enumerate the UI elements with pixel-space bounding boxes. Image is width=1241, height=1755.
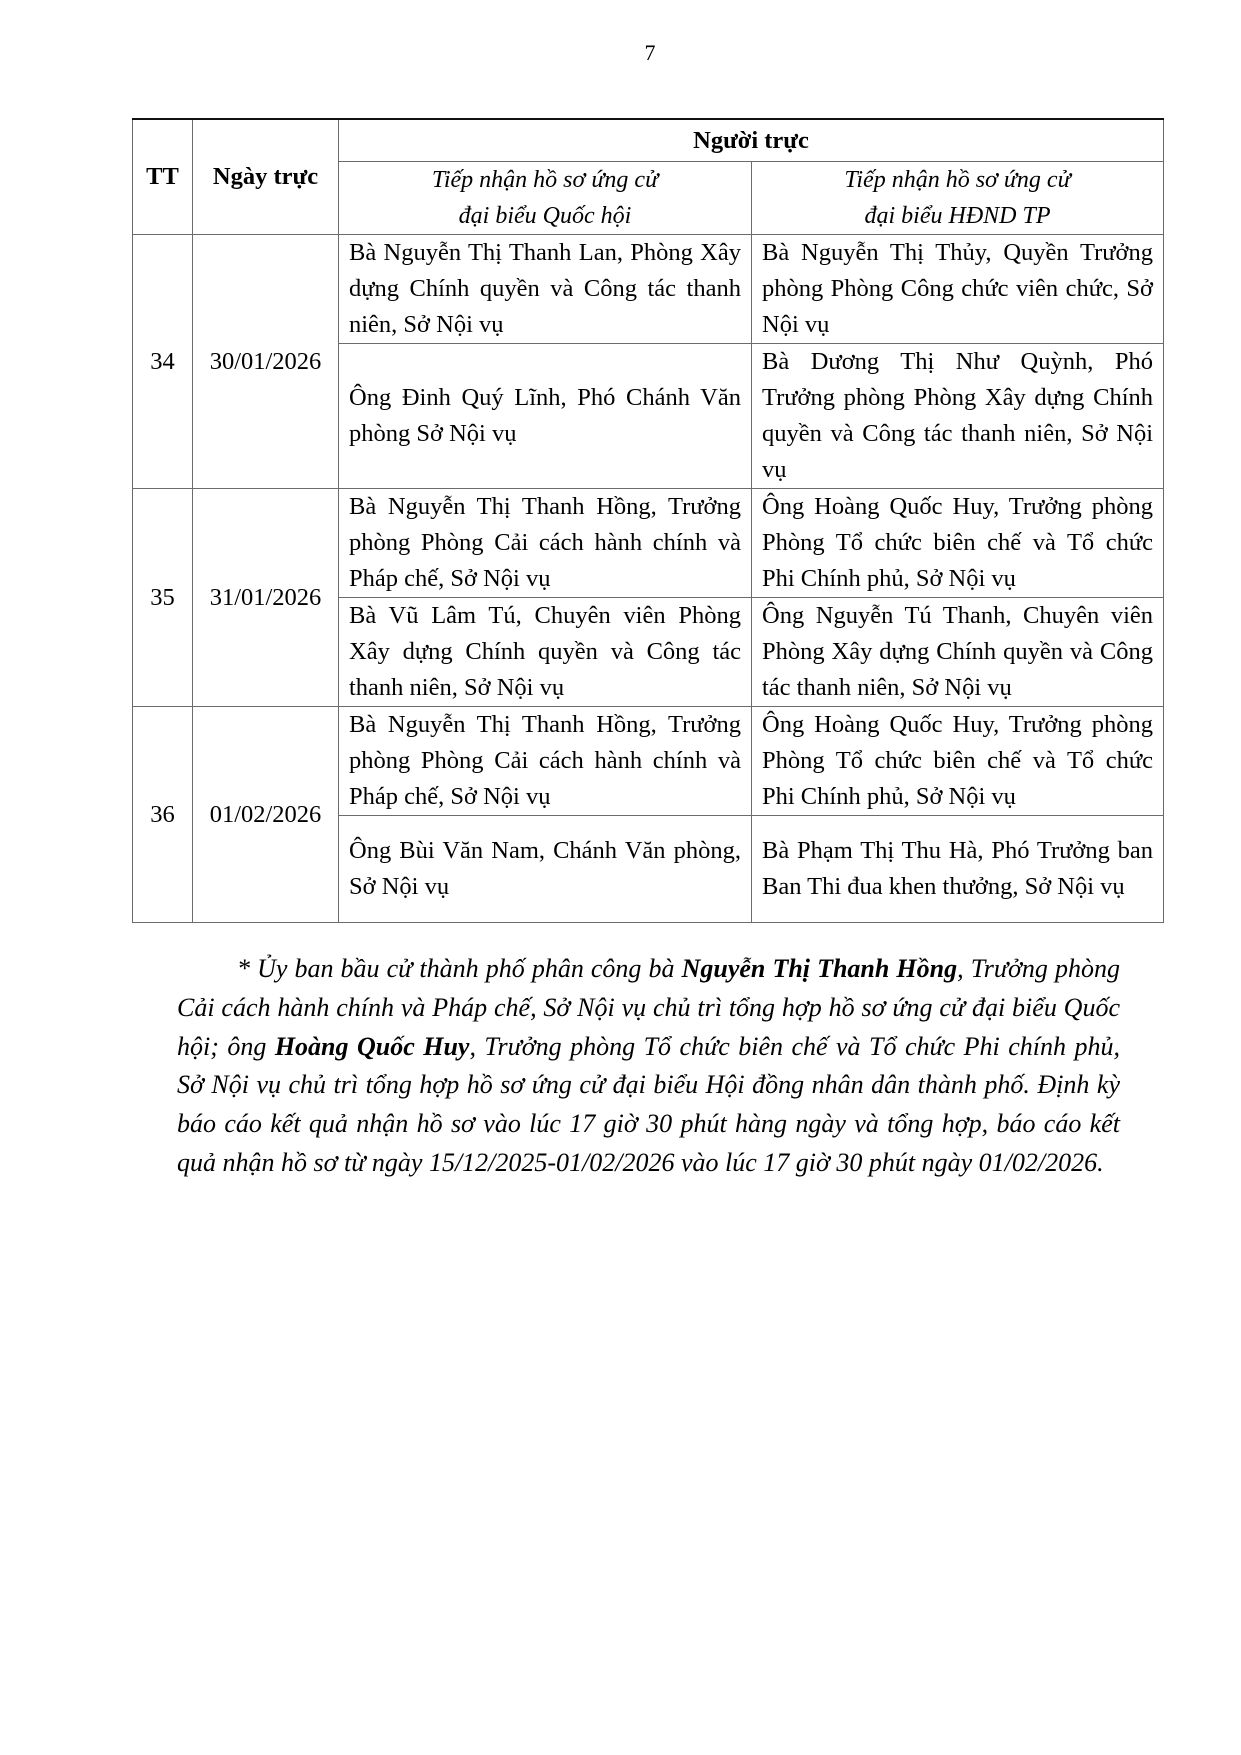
header-row: TT Ngày trực Người trực (133, 119, 1164, 162)
header-day: Ngày trực (193, 119, 339, 235)
row-number: 36 (133, 707, 193, 923)
note-name-1: Nguyễn Thị Thanh Hồng (682, 954, 958, 983)
hdnd-receiver: Bà Nguyễn Thị Thủy, Quyền Trưởng phòng P… (752, 235, 1164, 344)
row-number: 35 (133, 489, 193, 707)
duty-date: 31/01/2026 (193, 489, 339, 707)
qh-receiver: Bà Nguyễn Thị Thanh Lan, Phòng Xây dựng … (339, 235, 752, 344)
hdnd-receiver: Ông Nguyễn Tú Thanh, Chuyên viên Phòng X… (752, 598, 1164, 707)
header-qh-line2: đại biểu Quốc hội (459, 203, 632, 229)
row-number: 34 (133, 235, 193, 489)
hdnd-receiver: Bà Phạm Thị Thu Hà, Phó Trưởng ban Ban T… (752, 816, 1164, 923)
header-hdnd-line1: Tiếp nhận hồ sơ ứng cử (844, 167, 1070, 193)
duty-schedule-table: TT Ngày trực Người trực Tiếp nhận hồ sơ … (132, 118, 1164, 923)
header-people: Người trực (339, 119, 1164, 162)
header-qh: Tiếp nhận hồ sơ ứng cử đại biểu Quốc hội (339, 162, 752, 235)
assignment-note: * Ủy ban bầu cử thành phố phân công bà N… (177, 950, 1120, 1183)
hdnd-receiver: Ông Hoàng Quốc Huy, Trưởng phòng Phòng T… (752, 489, 1164, 598)
table-row: 36 01/02/2026 Bà Nguyễn Thị Thanh Hồng, … (133, 707, 1164, 816)
table-row: 34 30/01/2026 Bà Nguyễn Thị Thanh Lan, P… (133, 235, 1164, 344)
header-qh-line1: Tiếp nhận hồ sơ ứng cử (432, 167, 658, 193)
header-hdnd: Tiếp nhận hồ sơ ứng cử đại biểu HĐND TP (752, 162, 1164, 235)
qh-receiver: Ông Đinh Quý Lĩnh, Phó Chánh Văn phòng S… (339, 344, 752, 489)
header-hdnd-line2: đại biểu HĐND TP (865, 203, 1051, 229)
note-name-2: Hoàng Quốc Huy (275, 1032, 470, 1061)
note-text-part1: * Ủy ban bầu cử thành phố phân công bà (237, 954, 682, 983)
qh-receiver: Bà Nguyễn Thị Thanh Hồng, Trưởng phòng P… (339, 489, 752, 598)
header-tt: TT (133, 119, 193, 235)
page-number: 7 (0, 40, 1241, 66)
hdnd-receiver: Ông Hoàng Quốc Huy, Trưởng phòng Phòng T… (752, 707, 1164, 816)
qh-receiver: Bà Vũ Lâm Tú, Chuyên viên Phòng Xây dựng… (339, 598, 752, 707)
duty-date: 30/01/2026 (193, 235, 339, 489)
hdnd-receiver: Bà Dương Thị Như Quỳnh, Phó Trưởng phòng… (752, 344, 1164, 489)
duty-date: 01/02/2026 (193, 707, 339, 923)
qh-receiver: Ông Bùi Văn Nam, Chánh Văn phòng, Sở Nội… (339, 816, 752, 923)
qh-receiver: Bà Nguyễn Thị Thanh Hồng, Trưởng phòng P… (339, 707, 752, 816)
table-row: 35 31/01/2026 Bà Nguyễn Thị Thanh Hồng, … (133, 489, 1164, 598)
